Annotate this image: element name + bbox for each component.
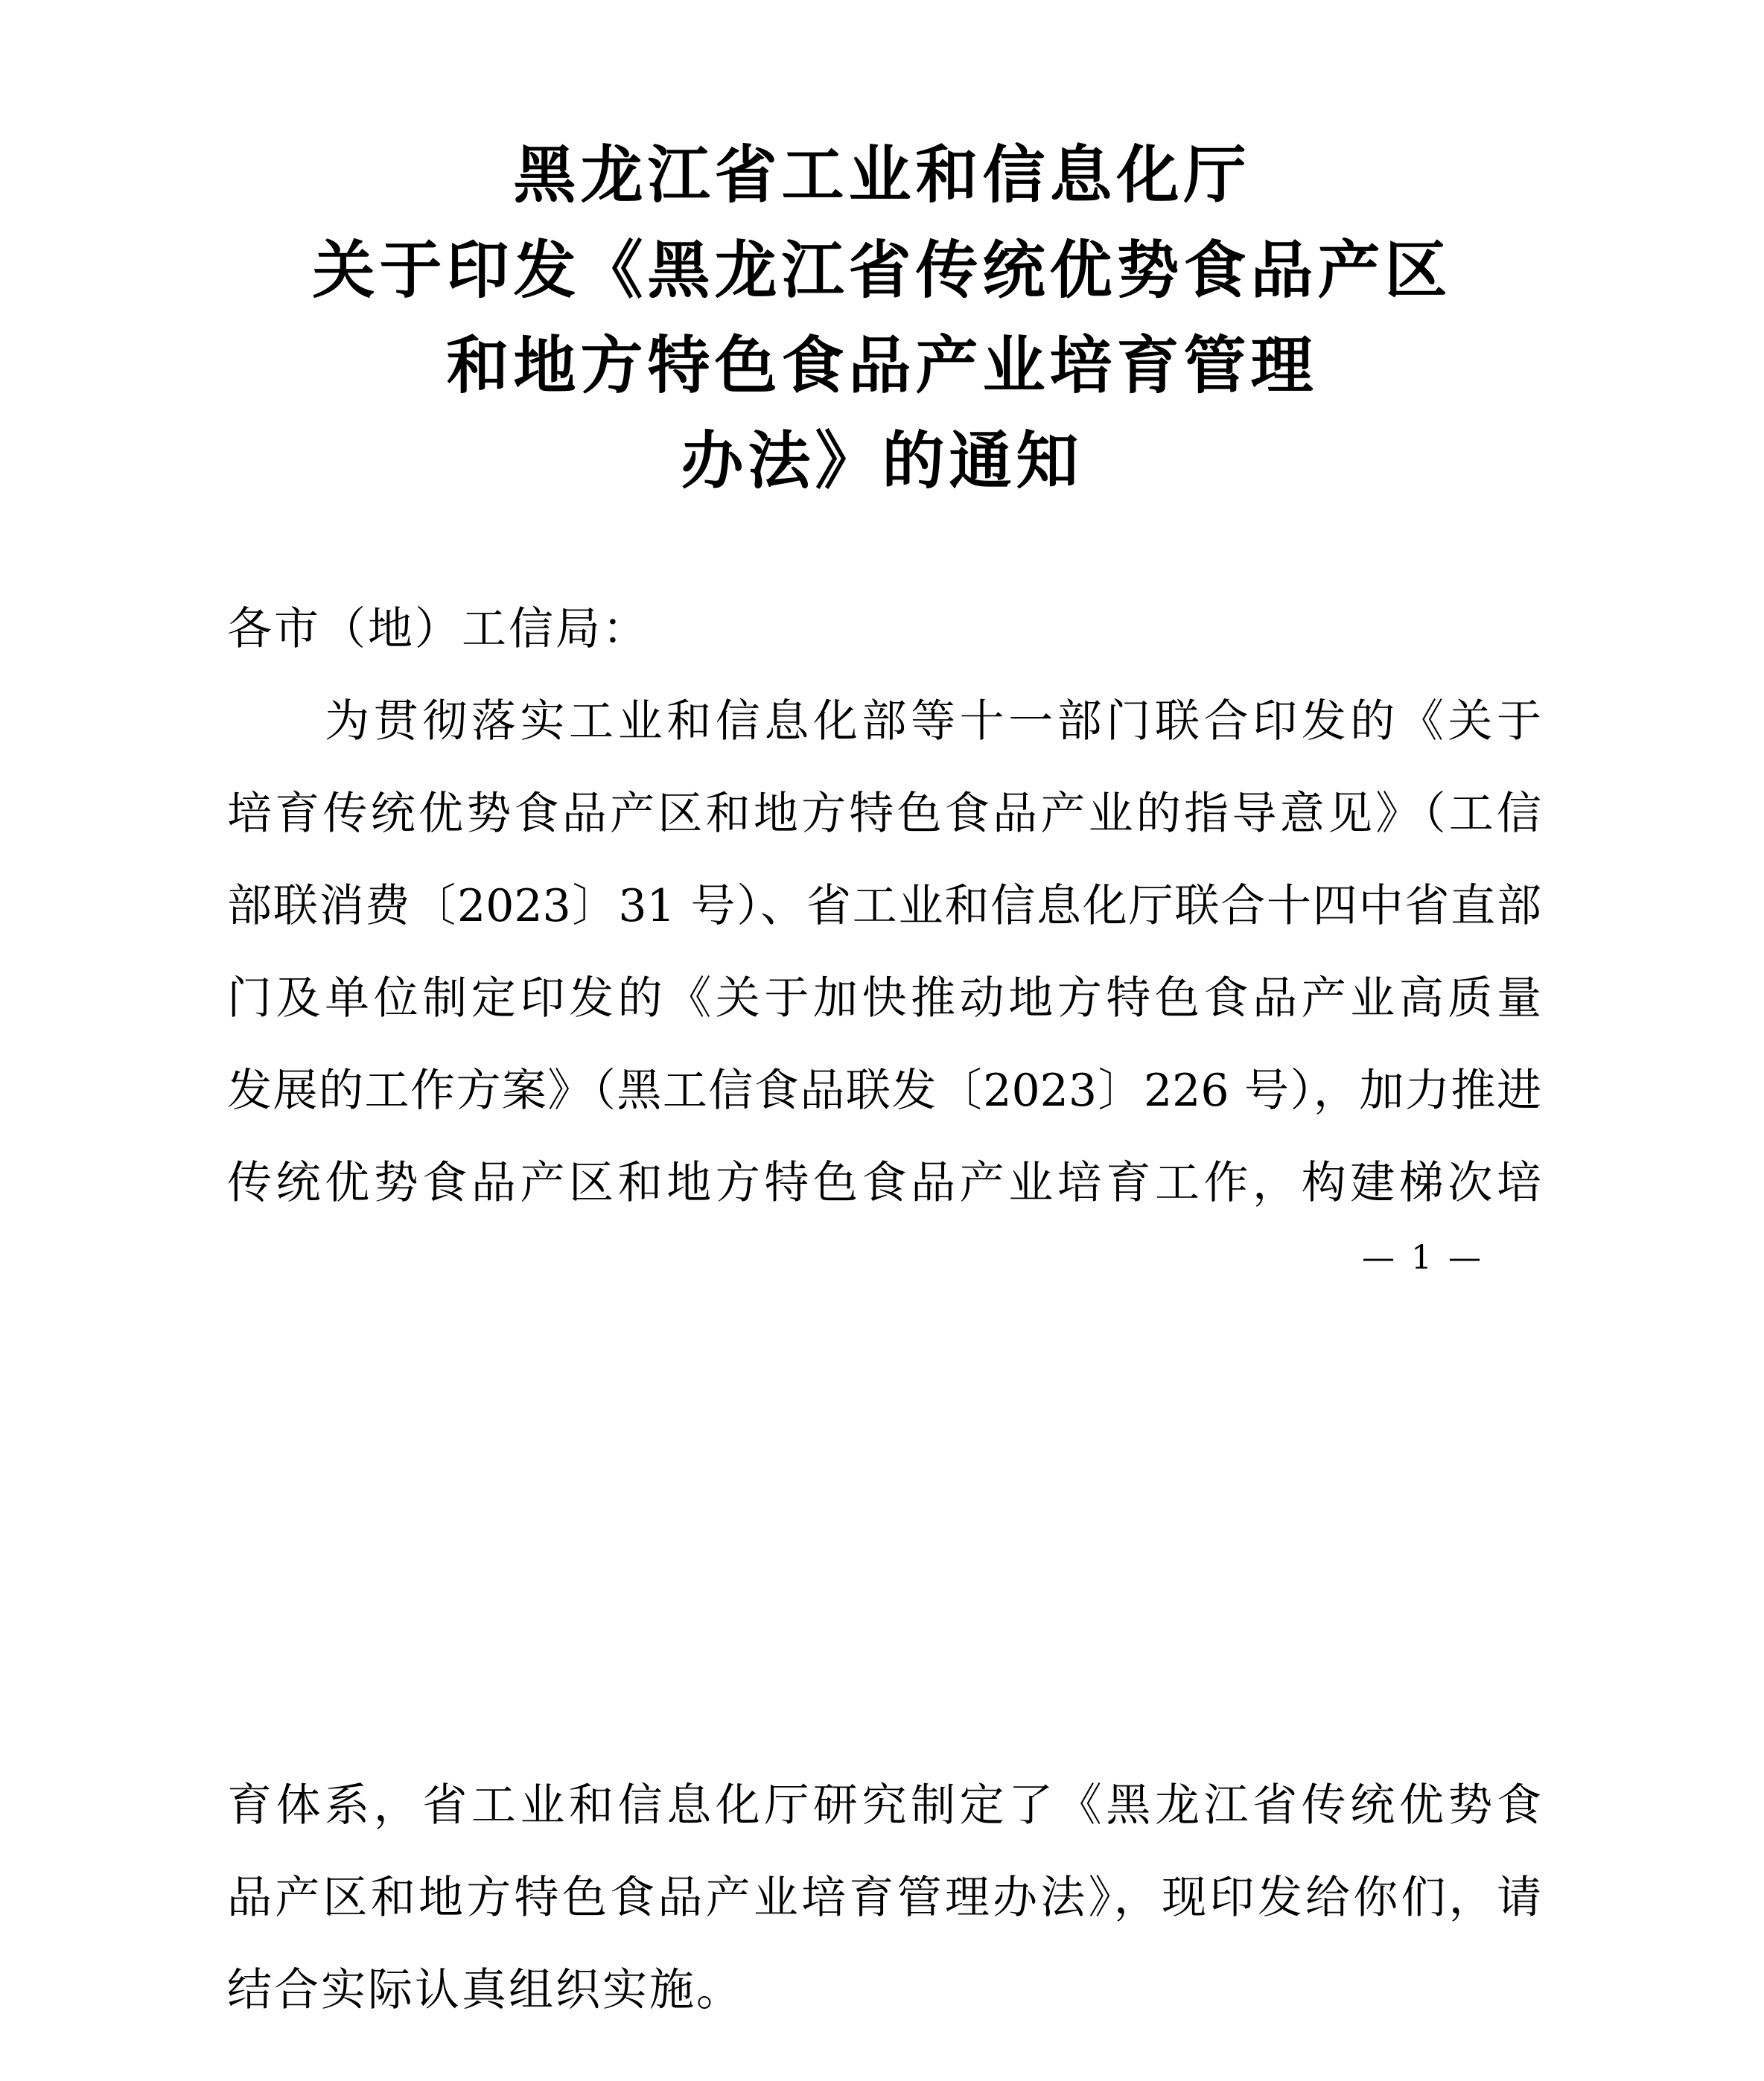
body-line-9: 结合实际认真组织实施。	[227, 1944, 1541, 2036]
body-line-2: 培育传统优势食品产区和地方特色食品产业的指导意见》（工信	[227, 768, 1541, 860]
title-line-4: 办法》的通知	[0, 413, 1764, 509]
page-number: — 1 —	[1362, 1234, 1484, 1282]
document-page: 黑龙江省工业和信息化厅 关于印发《黑龙江省传统优势食品产区 和地方特色食品产业培…	[0, 0, 1764, 2081]
body-line-8: 品产区和地方特色食品产业培育管理办法》，现印发给你们，请	[227, 1852, 1541, 1944]
body-line-5: 发展的工作方案》（黑工信食品联发〔2023〕226 号），加力推进	[227, 1045, 1541, 1137]
body-page2: 育体系，省工业和信息化厅研究制定了《黑龙江省传统优势食 品产区和地方特色食品产业…	[227, 1759, 1541, 2036]
body-line-4: 门及单位制定印发的《关于加快推动地方特色食品产业高质量	[227, 952, 1541, 1045]
title-line-1: 黑龙江省工业和信息化厅	[0, 127, 1764, 223]
title-line-3: 和地方特色食品产业培育管理	[0, 318, 1764, 413]
body-line-3: 部联消费〔2023〕31 号）、省工业和信息化厅联合十四中省直部	[227, 860, 1541, 952]
title-line-2: 关于印发《黑龙江省传统优势食品产区	[0, 223, 1764, 318]
document-title: 黑龙江省工业和信息化厅 关于印发《黑龙江省传统优势食品产区 和地方特色食品产业培…	[0, 127, 1764, 509]
salutation-line: 各市（地）工信局：	[227, 583, 1541, 675]
body-page1: 各市（地）工信局： 为贯彻落实工业和信息化部等十一部门联合印发的《关于 培育传统…	[227, 583, 1541, 1229]
body-line-6: 传统优势食品产区和地方特色食品产业培育工作，构建梯次培	[227, 1137, 1541, 1229]
body-line-1: 为贯彻落实工业和信息化部等十一部门联合印发的《关于	[227, 675, 1541, 768]
body-line-7: 育体系，省工业和信息化厅研究制定了《黑龙江省传统优势食	[227, 1759, 1541, 1852]
